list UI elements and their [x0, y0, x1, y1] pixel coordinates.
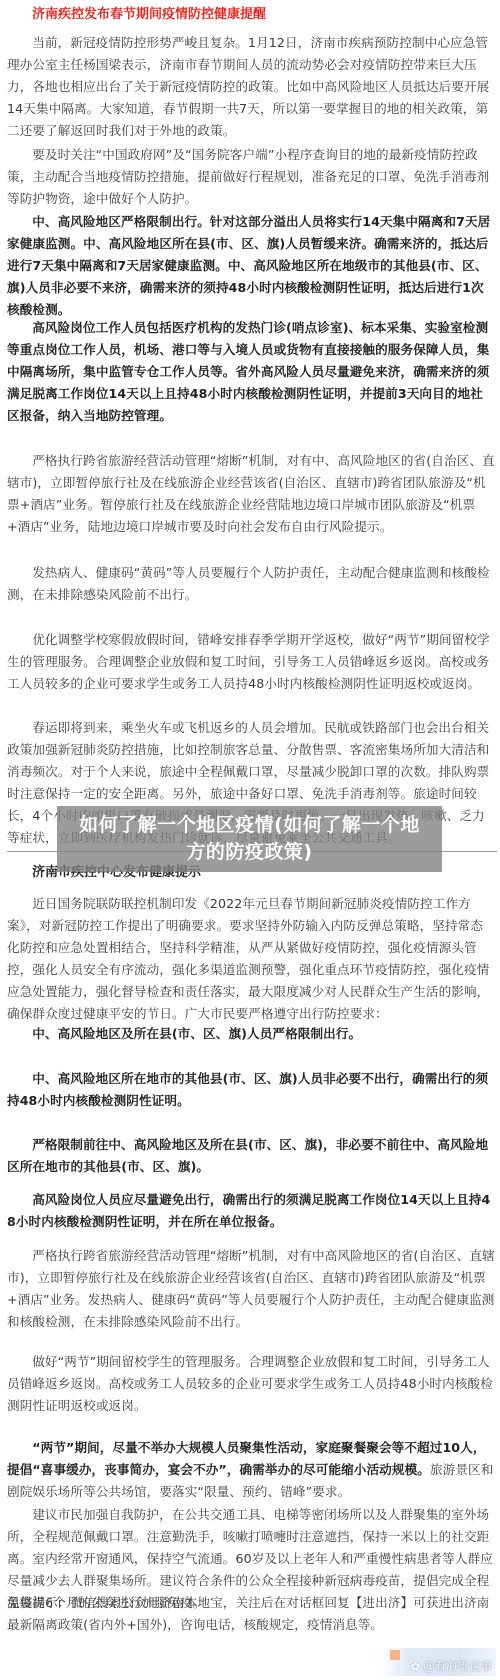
- title-overlay-banner: 如何了解一个地区疫情(如何了解一个地方的防疫政策): [57, 806, 442, 872]
- paragraph-bold: 高风险岗位人员应尽量避免出行，确需出行的须满足脱离工作岗位14天以上且持48小时…: [7, 1189, 495, 1233]
- overlay-title: 如何了解一个地区疫情(如何了解一个地方的防疫政策): [70, 812, 430, 866]
- article-heading-primary: 济南疾控发布春节期间疫情防控健康提醒: [32, 6, 266, 24]
- paw-icon: ✿: [411, 1660, 420, 1673]
- paragraph-bold: 中、高风险地区及所在县(市、区、旗)人员严格限制出行。: [7, 1023, 495, 1045]
- paragraph: 做好“两节”期间留校学生的管理服务。合理调整企业放假和复工时间，引导务工人员错峰…: [7, 1351, 495, 1417]
- paragraph-bold-lead: “两节”期间，尽量不举办大规模人员聚集性活动，家庭聚餐聚会等不超过10人，提倡“…: [7, 1440, 486, 1477]
- watermark: ✿ @看海哥说事: [411, 1656, 492, 1676]
- paragraph: 优化调整学校寒假放假时间，错峰安排春季学期开学返校，做好“两节”期间留校学生的管…: [7, 629, 495, 695]
- watermark-accent: [390, 1650, 400, 1660]
- watermark-text: @看海哥说事: [423, 1658, 492, 1674]
- paragraph: 严格执行跨省旅游经营活动管理“熔断”机制，对有中高风险地区的省(自治区、直辖市)…: [7, 1245, 495, 1333]
- paragraph-mixed: “两节”期间，尽量不举办大规模人员聚集性活动，家庭聚餐聚会等不超过10人，提倡“…: [7, 1437, 495, 1503]
- paragraph: 当前，新冠疫情防控形势严峻且复杂。1月12日，济南市疾病预防控制中心应急管理办公…: [7, 32, 495, 142]
- paragraph-bold: 中、高风险地区严格限制出行。针对这部分溢出人员将实行14天集中隔离和7天居家健康…: [7, 211, 495, 321]
- paragraph: 严格执行跨省旅游经营活动管理“熔断”机制，对有中、高风险地区的省(自治区、直辖市…: [7, 450, 495, 538]
- paragraph-bold: 中、高风险地区所在地市的其他县(市、区、旗)人员非必要不出行，确需出行的须持48…: [7, 1068, 495, 1112]
- tip-paragraph: 温馨提示：微信搜索公众号济南本地宝，关注后在对话框回复【进出济】可获进出济南最新…: [7, 1592, 495, 1636]
- paragraph: 发热病人、健康码“黄码”等人员要履行个人防护责任，主动配合健康监测和核酸检测，在…: [7, 562, 495, 606]
- paragraph: 要及时关注“中国政府网”及“国务院客户端”小程序查询目的地的最新疫情防控政策，主…: [7, 144, 495, 210]
- paragraph: 近日国务院联防联控机制印发《2022年元旦春节期间新冠肺炎疫情防控工作方案》，对…: [7, 893, 495, 1025]
- paragraph-bold: 高风险岗位工作人员包括医疗机构的发热门诊(哨点诊室)、标本采集、实验室检测等重点…: [7, 317, 495, 427]
- paragraph-bold: 严格限制前往中、高风险地区及所在县(市、区、旗)，非必要不前往中、高风险地区所在…: [7, 1134, 495, 1178]
